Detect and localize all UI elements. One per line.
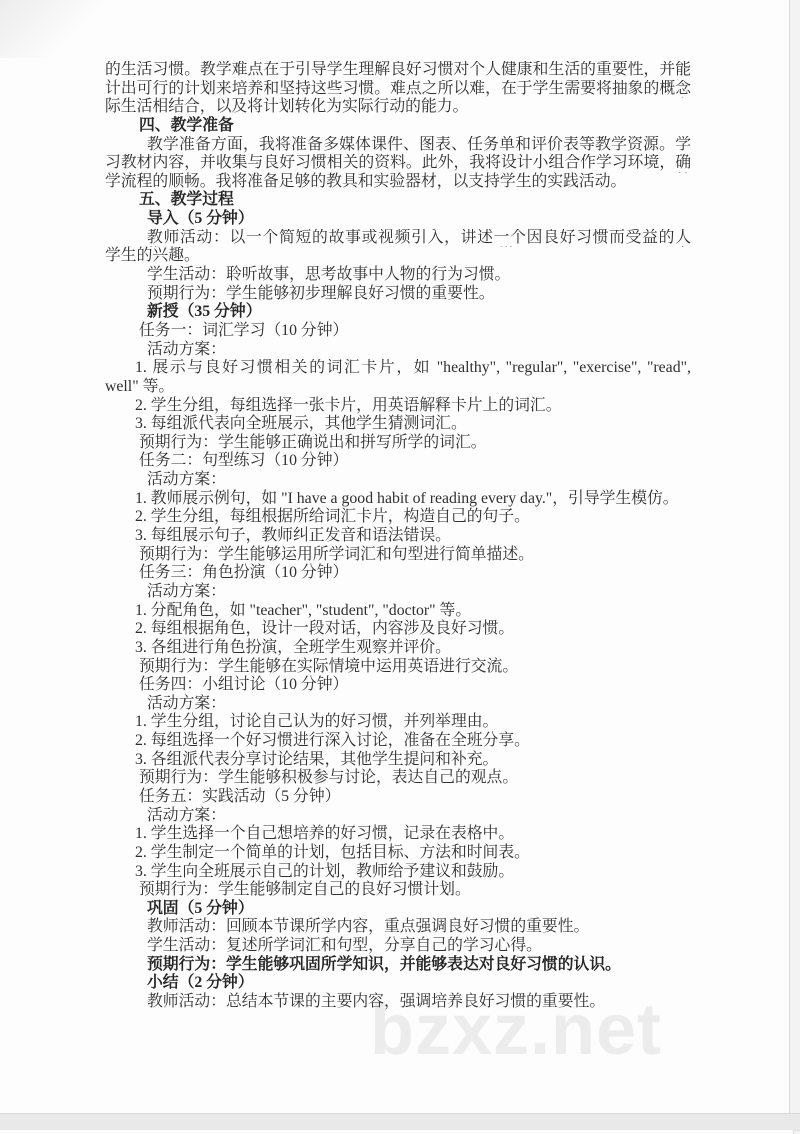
text-line: 3. 学生向全班展示自己的计划，教师给予建议和鼓励。 xyxy=(105,863,691,882)
text-line: 学生的兴趣。 xyxy=(105,247,691,266)
scan-corner-shadow xyxy=(0,0,130,58)
page-separator xyxy=(0,1113,800,1131)
text-line: 任务五：实践活动（5 分钟） xyxy=(105,788,691,807)
text-line: 活动方案： xyxy=(105,583,691,602)
text-line: 教师活动：回顾本节课所学内容，重点强调良好习惯的重要性。 xyxy=(105,918,691,937)
text-line: 活动方案： xyxy=(105,807,691,826)
document-text-body: 的生活习惯。教学难点在于引导学生理解良好习惯对个人健康和生活的重要性，并能够设计… xyxy=(105,61,691,1012)
text-line: 预期行为：学生能够运用所学词汇和句型进行简单描述。 xyxy=(105,546,691,565)
text-line: 活动方案： xyxy=(105,471,691,490)
text-line: 1. 学生选择一个自己想培养的好习惯，记录在表格中。 xyxy=(105,825,691,844)
text-line: 学生活动：复述所学词汇和句型，分享自己的学习心得。 xyxy=(105,937,691,956)
text-line: 学流程的顺畅。我将准备足够的教具和实验器材，以支持学生的实践活动。 xyxy=(105,173,691,192)
text-line: 活动方案： xyxy=(105,695,691,714)
text-line: 任务三：角色扮演（10 分钟） xyxy=(105,564,691,583)
text-line: 际生活相结合，以及将计划转化为实际行动的能力。 xyxy=(105,98,691,117)
text-line: 任务四：小组讨论（10 分钟） xyxy=(105,676,691,695)
text-line: 3. 各组进行角色扮演，全班学生观察并评价。 xyxy=(105,639,691,658)
text-line: 1. 学生分组，讨论自己认为的好习惯，并列举理由。 xyxy=(105,713,691,732)
text-line: 任务二：句型练习（10 分钟） xyxy=(105,452,691,471)
text-line: 五、教学过程 xyxy=(105,191,691,210)
document-page: bzxz.net 的生活习惯。教学难点在于引导学生理解良好习惯对个人健康和生活的… xyxy=(0,0,790,1113)
text-line: 1. 教师展示例句，如 "I have a good habit of read… xyxy=(105,490,691,509)
text-line: 1. 分配角色，如 "teacher", "student", "doctor"… xyxy=(105,602,691,621)
text-line: 2. 每组选择一个好习惯进行深入讨论，准备在全班分享。 xyxy=(105,732,691,751)
text-line: 预期行为：学生能够初步理解良好习惯的重要性。 xyxy=(105,285,691,304)
text-line: 2. 学生制定一个简单的计划，包括目标、方法和时间表。 xyxy=(105,844,691,863)
next-page-top-edge xyxy=(0,1130,794,1134)
text-line: 习教材内容，并收集与良好习惯相关的资料。此外，我将设计小组合作学习环境，确保教 xyxy=(105,154,691,173)
text-line: 2. 每组根据角色，设计一段对话，内容涉及良好习惯。 xyxy=(105,620,691,639)
text-line: 活动方案： xyxy=(105,341,691,360)
text-line: 预期行为：学生能够积极参与讨论，表达自己的观点。 xyxy=(105,769,691,788)
text-line: 教师活动：总结本节课的主要内容，强调培养良好习惯的重要性。 xyxy=(105,993,691,1012)
document-viewer: bzxz.net 的生活习惯。教学难点在于引导学生理解良好习惯对个人健康和生活的… xyxy=(0,0,800,1134)
text-line: 任务一：词汇学习（10 分钟） xyxy=(105,322,691,341)
text-line: 预期行为：学生能够正确说出和拼写所学的词汇。 xyxy=(105,434,691,453)
text-line: 巩固（5 分钟） xyxy=(105,900,691,919)
text-line: 3. 每组展示句子，教师纠正发音和语法错误。 xyxy=(105,527,691,546)
text-line: 3. 每组派代表向全班展示，其他学生猜测词汇。 xyxy=(105,415,691,434)
text-line: 2. 学生分组，每组选择一张卡片，用英语解释卡片上的词汇。 xyxy=(105,397,691,416)
text-line: 预期行为：学生能够制定自己的良好习惯计划。 xyxy=(105,881,691,900)
text-line: 教学准备方面，我将准备多媒体课件、图表、任务单和评价表等教学资源。学生需预 xyxy=(105,136,691,155)
text-line: 的生活习惯。教学难点在于引导学生理解良好习惯对个人健康和生活的重要性，并能够设 xyxy=(105,61,691,80)
text-line: 3. 各组派代表分享讨论结果，其他学生提问和补充。 xyxy=(105,751,691,770)
text-line: 教师活动：以一个简短的故事或视频引入，讲述一个因良好习惯而受益的人物，激发 xyxy=(105,229,691,248)
text-line: 小结（2 分钟） xyxy=(105,974,691,993)
text-line: 预期行为：学生能够巩固所学知识，并能够表达对良好习惯的认识。 xyxy=(105,956,691,975)
text-line: well" 等。 xyxy=(105,378,691,397)
text-line: 导入（5 分钟） xyxy=(105,210,691,229)
text-line: 1. 展示与良好习惯相关的词汇卡片，如 "healthy", "regular"… xyxy=(105,359,691,378)
text-line: 计出可行的计划来培养和坚持这些习惯。难点之所以难，在于学生需要将抽象的概念与实 xyxy=(105,80,691,99)
text-line: 预期行为：学生能够在实际情境中运用英语进行交流。 xyxy=(105,658,691,677)
text-line: 四、教学准备 xyxy=(105,117,691,136)
text-line: 2. 学生分组，每组根据所给词汇卡片，构造自己的句子。 xyxy=(105,508,691,527)
text-line: 新授（35 分钟） xyxy=(105,303,691,322)
text-line: 学生活动：聆听故事，思考故事中人物的行为习惯。 xyxy=(105,266,691,285)
